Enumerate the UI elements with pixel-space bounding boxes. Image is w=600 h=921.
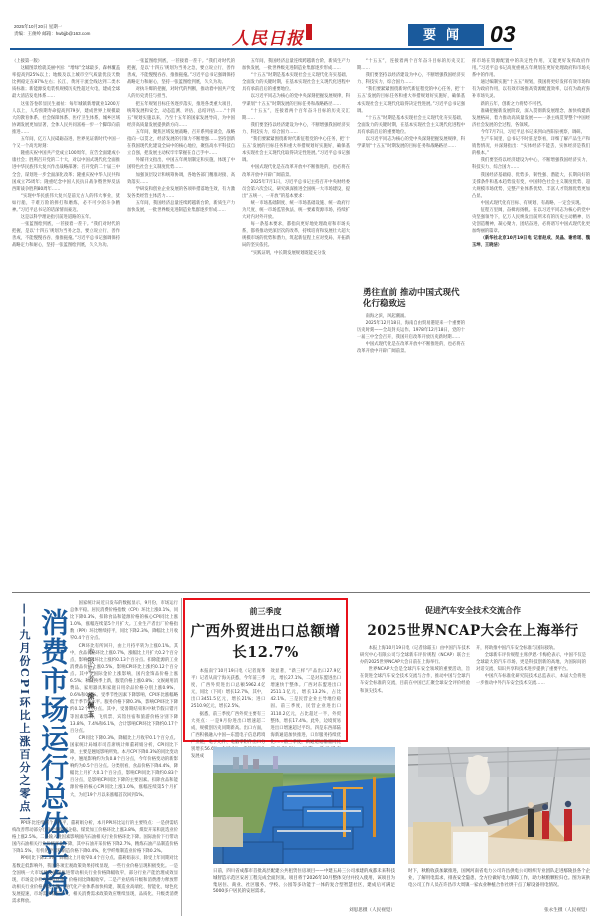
paragraph: “实现中华民族伟大复兴是前无古人的伟大事业，犹如行船，千难万险的摔打和磨炼，必不… bbox=[12, 193, 120, 214]
paragraph: 中国汽车标准化研究院技术总监表示，本届大会将进一步推动中外汽车安全技术交流…… bbox=[476, 673, 586, 687]
lead-article-col-3: 五年间，我国经济总量连续跨越新台阶，新质生产力加快发展，一批世界级先进制造业集群… bbox=[242, 58, 350, 583]
issue-info: 2025年10月20日 星期一 责编：王俊岭 邮箱：hwbjjb@163.com bbox=[14, 23, 90, 37]
paragraph: 本报上海10月19日电（记者徐霜玉）由中国汽车技术研究中心有限公司与全球新车评价… bbox=[360, 645, 470, 666]
paragraph: 本报南宁10月19日电（记者庞革平）记者从南宁海关获悉，今年前三季度，广西外贸进… bbox=[191, 668, 265, 711]
paragraph: 生产车间里，总书记不时驻足察看，详细了解产品生产和销售情况，并深刻指出：“实体经… bbox=[472, 136, 590, 157]
article-credit: （新华社北京10月19日电 记者赵成、吴晶、谢希瑶、魏玉坤、王晓洁） bbox=[472, 235, 590, 249]
paragraph: PPI同比下降2.3%，降幅比上月收窄0.4个百分点。董莉娟表示，除受上年同期对… bbox=[12, 855, 178, 905]
column-divider bbox=[181, 598, 182, 916]
lead-article-col-5: 挥市场在资源配置中的决定性作用，又能更好发挥政府作用。”习近平总书记高度重视五年… bbox=[472, 58, 590, 583]
continuation-label: （上接第一版） bbox=[12, 58, 120, 65]
paragraph: 今年7月7日，习近平总书记来到山西阳泉视察，调研。 bbox=[472, 129, 590, 136]
paragraph: 准确把握新发展阶段，深入贯彻新发展理念，加快构建新发展格局，着力推动高质量发展—… bbox=[472, 108, 590, 129]
lead-article-col-4: “十五五”，连接着两个百年奋斗目标的历史交汇期…… 我们要坚持以经济建设为中心，… bbox=[357, 58, 465, 583]
paragraph: 国家统计局近日发布的数据显示，9月份，市场运行总体平稳。居民消费价格指数（CPI… bbox=[70, 600, 178, 643]
cpi-col-bottom: PPI环比连续两个月持平，董莉娟分析，本月PPI环比运行的主要特点：一是供需结构… bbox=[12, 820, 178, 916]
paragraph: 学研发和创业企业发展的各项举措落地生效，有力激发各类经营主体活力…… bbox=[127, 186, 235, 200]
construction-illustration bbox=[213, 747, 395, 864]
paragraph: 以习近平同志为核心的党中央深刻把握发展规律，科学谋划“十五五”时期发展的目标任务… bbox=[357, 136, 465, 150]
paragraph: 征程万里阔，奋楫再扬帆。在以习近平同志为核心的党中央坚强领导下，亿万人民焕发出前… bbox=[472, 207, 590, 235]
grain-facility-credit: 张永生摄（人民视觉） bbox=[408, 907, 590, 913]
grain-facility-photo bbox=[408, 747, 590, 864]
lead-article-col-1: （上接第一版） 这幅图景绘就美丽中国：“增绿”全球最多，森林覆盖率提高到25%以… bbox=[12, 58, 120, 583]
construction-photo bbox=[213, 747, 395, 864]
paragraph: 全球新车评价规程主席伊恩·卡梅伦表示，中国不仅是全球最大的汽车市场，更是科技创新… bbox=[476, 652, 586, 673]
masthead-rule bbox=[10, 48, 512, 50]
paragraph: 统一市场基础制度、统一市场基础设施、统一政府行为尺度、统一市场监管执法、统一要素… bbox=[242, 200, 350, 221]
logo-text: 人民日报 bbox=[232, 29, 304, 49]
guangxi-headline: 广西外贸进出口总额增长12.7% bbox=[185, 620, 346, 662]
paragraph: 我们要坚持以经济建设为中心，不断增强我国经济实力、科技实力、综合国力…… bbox=[472, 157, 590, 171]
paragraph: 中国式现代化是在改革开放中不断推进的，也必将在改革开放中开辟广阔前景。 bbox=[242, 164, 350, 178]
paragraph: 我们要坚持以经济建设为中心，不断增强我国经济实力、科技实力、综合国力…… bbox=[357, 72, 465, 86]
paragraph: “十五五”时期是基本实现社会主义现代化夯实基础、全面发力的关键时期，在基本实现社… bbox=[357, 115, 465, 136]
paragraph: 五年间，我国经济总量连续跨越新台阶，新质生产力加快发展，一批世界级先进制造业集群… bbox=[127, 200, 235, 214]
edition-tag bbox=[306, 24, 312, 40]
paragraph: “我们要紧紧围绕新时代新征程党的中心任务，把‘十五五’发展的目标任务和重大举措规… bbox=[242, 136, 350, 164]
paragraph: 每一条基本要求，都指向更好地处理政府和市场关系，都将推动更深层次的改革，持续培育… bbox=[242, 221, 350, 249]
grain-facility-caption: 时下，秋粮收获加紧推进，国网河南省电力公司许昌供电公司组织专业团队走进鄢陵县各个… bbox=[408, 869, 590, 905]
paragraph: 通过编制实施“十五五”规划，我国将更好发挥有效市场和有为政府作用，以有效市场推高… bbox=[472, 79, 590, 100]
paragraph: 隆重庆祝中国共产党成立100周年，宣告全面建成小康社会；胜利召开党的二十大，对以… bbox=[12, 150, 120, 193]
paragraph: 开，将助推中国汽车安全标准与国际接轨。 bbox=[476, 645, 586, 652]
paragraph: 我们要坚持以经济建设为中心，不断增强我国经济实力、科技实力、综合国力…… bbox=[242, 122, 350, 136]
editor-info: 责编：王俊岭 邮箱：hwbjjb@163.com bbox=[14, 30, 90, 37]
paragraph: 外媒刊文指出，中国五年规划制定和实施，体现了中国特色社会主义制度优势…… bbox=[127, 157, 235, 171]
paragraph: 以习近平同志为核心的党中央深刻把握发展规律，科学谋划“十五五”时期发展的目标任务… bbox=[242, 93, 350, 107]
lead-subhead: 勇往直前 推动中国式现代化行稳致远 bbox=[357, 288, 465, 310]
paragraph: 这幅图景绘就美丽中国：“增绿”全球最多，森林覆盖率提高到25%以上；地级及以上城… bbox=[12, 65, 120, 100]
paragraph: 我国经济基础稳、优势多、韧性强、潜能大，长期向好的支撑条件和基本趋势没有变，中国… bbox=[472, 172, 590, 200]
issue-date: 2025年10月20日 星期一 bbox=[14, 23, 90, 30]
construction-caption: 日前，四川省成都市首批高层配建公共租赁住房项目——中建五局三公司承建的成都未来科… bbox=[213, 869, 395, 905]
lead-article-col-2: 一张蓝图绘到底，一茬接着一茬干。“我们对时代的把握，是以‘十四五’规划为当务之急… bbox=[127, 58, 235, 583]
paragraph: “实践证明，中长期发展规划既能充分发 bbox=[242, 250, 350, 257]
cpi-kicker: ——九月份CPI环比上涨百分之零点一 bbox=[16, 603, 32, 826]
paragraph: 2025年7月1日，习近平总书记主持召开中央财经委员会第六次会议，研究纵深推进全… bbox=[242, 179, 350, 200]
paragraph: CPI同比下降0.3%，降幅比上月收窄0.1个百分点。国家统计局城市司首席统计师… bbox=[70, 735, 178, 799]
paragraph: 五年间，聚焦区域发展战略，召开系列座谈会，战略指向一以贯之，经济发展的引领力不断… bbox=[127, 129, 235, 157]
paragraph: PPI环比连续两个月持平，董莉娟分析，本月PPI环比运行的主要特点：一是供需结构… bbox=[12, 820, 178, 855]
paragraph: 这张答卷彰显民生福祉：每年城镇新增就业1200万人以上，人均预期寿命提高到79岁… bbox=[12, 101, 120, 136]
paragraph: 这是以科学理论指引前进道路的五年。 bbox=[12, 214, 120, 221]
paragraph: 世界NCAP大会是全球汽车安全领域的重要活动，旨在促进全球汽车安全技术交流与合作… bbox=[360, 666, 470, 694]
paragraph: 一张蓝图绘到底，一茬接着一茬干。“我们对时代的把握，是以‘十四五’规划为当务之急… bbox=[127, 58, 235, 86]
paragraph: “十五五”时期是基本实现社会主义现代化夯实基础、全面发力的关键时期，在基本实现社… bbox=[242, 72, 350, 93]
paragraph: 一张蓝图绘到底，一茬接着一茬干。“我们对时代的把握，是以‘十四五’规划为当务之急… bbox=[12, 221, 120, 249]
section-label: 要闻 bbox=[408, 24, 484, 46]
paragraph: 把五年规划目标任务逐步落实，推进各类重大项目，统筹发展和安全，动态监测、评估、总… bbox=[127, 101, 235, 129]
paragraph: “我们要紧紧围绕新时代新征程党的中心任务，把‘十五五’发展的目标任务和重大举措规… bbox=[357, 86, 465, 114]
newspaper-logo: 人民日报 bbox=[232, 24, 312, 49]
ncap-col-1: 本报上海10月19日电（记者徐霜玉）由中国汽车技术研究中心有限公司与全球新车评价… bbox=[360, 645, 470, 745]
cpi-col-1: 国家统计局近日发布的数据显示，9月份，市场运行总体平稳。居民消费价格指数（CPI… bbox=[70, 600, 178, 820]
paragraph: 中国式现代化是在改革开放中不断推进的，也必将在改革开放中开辟广阔前景。 bbox=[357, 341, 465, 355]
ncap-headline: 2025世界NCAP大会在上海举行 bbox=[356, 619, 590, 639]
paragraph: 挥市场在资源配置中的决定性作用，又能更好发挥政府作用。”习近平总书记高度重视五年… bbox=[472, 58, 590, 79]
paragraph: 加强顶层设计和统筹协调，各地各部门精准对接、高效落实…… bbox=[127, 172, 235, 186]
paragraph: 五年间，我国经济总量连续跨越新台阶，新质生产力加快发展，一批世界级先进制造业集群… bbox=[242, 58, 350, 72]
ncap-article: 促进汽车安全技术交流合作 2025世界NCAP大会在上海举行 本报上海10月19… bbox=[356, 598, 590, 742]
ncap-kicker: 促进汽车安全技术交流合作 bbox=[356, 605, 590, 616]
paragraph: 中国式现代化有目标、有规划、有战略，一定会实现。 bbox=[472, 200, 590, 207]
paragraph: 对执斗爆的把握，对时代的判断，推动着中国共产党人的历史责任与担当。 bbox=[127, 86, 235, 100]
paragraph: 五年间，亿万人民砥砺奋进，世界见证新时代中国一个又一个高光时刻： bbox=[12, 136, 120, 150]
section-divider bbox=[12, 592, 590, 593]
page-number: 03 bbox=[490, 21, 516, 48]
paragraph: CPI环比有所回升，由上月持平转为上涨0.1%。其中，食品价格环比上涨0.7%，… bbox=[70, 643, 178, 735]
guangxi-kicker: 前三季度 bbox=[185, 606, 346, 617]
paragraph: 新的五年，创新之力将势不可挡。 bbox=[472, 101, 590, 108]
paragraph: 南海之滨，风起潮涌。 bbox=[357, 313, 465, 320]
construction-credit: 刘思思摄（人民视觉） bbox=[213, 907, 395, 913]
guangxi-trade-article: 前三季度 广西外贸进出口总额增长12.7% 本报南宁10月19日电（记者庞革平）… bbox=[183, 598, 348, 742]
ncap-col-2: 开，将助推中国汽车安全标准与国际接轨。 全球新车评价规程主席伊恩·卡梅伦表示，中… bbox=[476, 645, 586, 745]
paragraph: “十五五”，连接着两个百年奋斗目标的历史交汇期…… bbox=[357, 58, 465, 72]
masthead: 2025年10月20日 星期一 责编：王俊岭 邮箱：hwbjjb@163.com… bbox=[0, 0, 600, 58]
grain-facility-illustration bbox=[408, 747, 590, 864]
paragraph: 2025年12月18日，海南自由贸易港迎来一个重要的历史时刻——全岛封关运作。1… bbox=[357, 320, 465, 341]
paragraph: “十五五”，连接着两个百年奋斗目标的历史交汇期…… bbox=[242, 108, 350, 122]
cpi-headline-tail bbox=[12, 795, 72, 820]
